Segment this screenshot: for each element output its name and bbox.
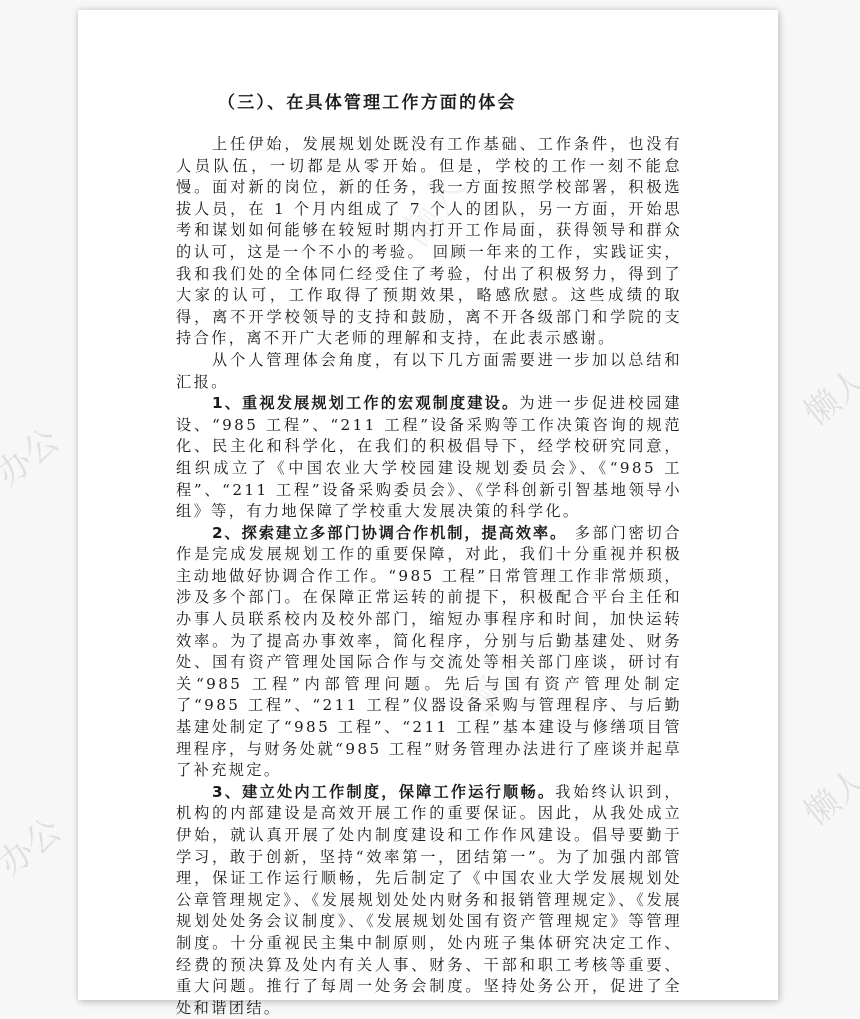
paragraph-summary: 从个人管理体会角度，有以下几方面需要进一步加以总结和汇报。 — [176, 350, 682, 393]
paragraph-lead: 3、建立处内工作制度，保障工作运行顺畅。 — [212, 783, 555, 801]
watermark-right-top: 懒人 — [792, 354, 860, 434]
paragraph-text: 为进一步促进校园建设、“985 工程”、“211 工程”设备采购等工作决策咨询的… — [176, 394, 682, 520]
paragraph-intro: 上任伊始，发展规划处既没有工作基础、工作条件，也没有人员队伍，一切都是从零开始。… — [176, 134, 682, 350]
paragraph-point-3: 3、建立处内工作制度，保障工作运行顺畅。我始终认识到，机构的内部建设是高效开展工… — [176, 782, 682, 1019]
paragraph-lead: 2、探索建立多部门协调合作机制，提高效率。 — [212, 524, 567, 542]
paragraph-text: 我始终认识到，机构的内部建设是高效开展工作的重要保证。因此，从我处成立伊始，就认… — [176, 783, 682, 1017]
paragraph-point-2: 2、探索建立多部门协调合作机制，提高效率。 多部门密切合作是完成发展规划工作的重… — [176, 523, 682, 782]
section-heading: （三）、在具体管理工作方面的体会 — [218, 92, 682, 114]
paragraph-lead: 1、重视发展规划工作的宏观制度建设。 — [212, 394, 519, 412]
watermark-left-top: 办公 — [0, 414, 68, 494]
watermark-right-bottom: 懒人 — [792, 754, 860, 834]
document-page: 懒人 懒人 （三）、在具体管理工作方面的体会 上任伊始，发展规划处既没有工作基础… — [78, 10, 778, 1000]
paragraph-point-1: 1、重视发展规划工作的宏观制度建设。为进一步促进校园建设、“985 工程”、“2… — [176, 393, 682, 523]
document-body: （三）、在具体管理工作方面的体会 上任伊始，发展规划处既没有工作基础、工作条件，… — [176, 92, 682, 1019]
watermark-left-bottom: 办公 — [0, 804, 70, 884]
paragraph-text: 上任伊始，发展规划处既没有工作基础、工作条件，也没有人员队伍，一切都是从零开始。… — [176, 135, 682, 347]
paragraph-text: 从个人管理体会角度，有以下几方面需要进一步加以总结和汇报。 — [176, 351, 682, 391]
paragraph-text: 多部门密切合作是完成发展规划工作的重要保障，对此，我们十分重视并积极主动地做好协… — [176, 524, 682, 780]
